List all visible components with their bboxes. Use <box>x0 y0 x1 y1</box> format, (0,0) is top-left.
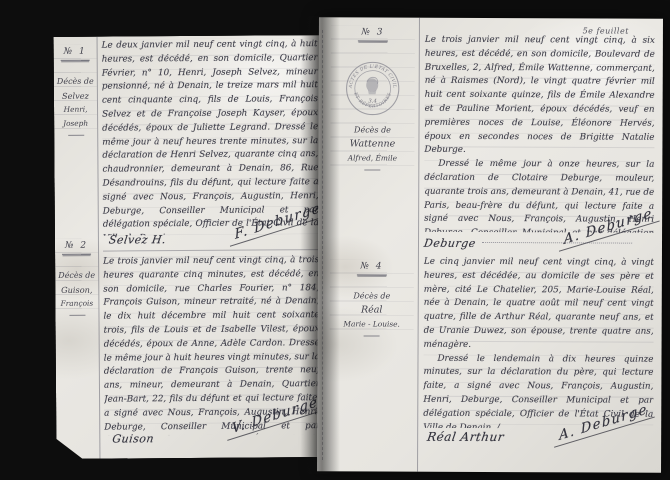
right-page: 5e feuillet № 3 ACTES DE L'ÉTAT CIVIL <box>317 17 663 472</box>
stamp-act-numbers: 3,4 <box>368 98 376 104</box>
act-1-name-sub: Henri, Joseph <box>54 103 97 131</box>
act-1-margin: № 1 Décès de Selvez Henri, Joseph <box>54 45 98 136</box>
act-divider-line <box>103 249 319 252</box>
margin-rule-line <box>417 18 420 472</box>
act-3-name-sub: Alfred, Émile <box>330 151 414 165</box>
act-2-name: Guison, <box>55 283 98 297</box>
act-2-name-sub: François <box>55 297 98 311</box>
revenue-stamp: ACTES DE L'ÉTAT CIVIL ET RÉPERTOIRES 3,4 <box>344 59 402 117</box>
underline-flourish <box>364 169 380 170</box>
underline-flourish <box>364 335 380 336</box>
act-3-paragraph: Le trois janvier mil neuf cent vingt cin… <box>424 34 655 159</box>
act-2-margin: № 2 Décès de Guison, François <box>55 239 99 316</box>
act-4-deces-label: Décès de <box>330 289 414 303</box>
act-3-name: Wattenne <box>330 137 414 151</box>
act-1-deces-label: Décès de <box>54 75 97 89</box>
act-4-body: Le cinq janvier mil neuf cent vingt cinq… <box>423 256 654 429</box>
register-scan: № 1 Décès de Selvez Henri, Joseph Le deu… <box>0 0 670 480</box>
act-1-name: Selvez <box>54 89 97 103</box>
act-3-deces-label: Décès de <box>330 123 414 137</box>
act-1-signature-declarant: Selvez H. <box>108 233 167 246</box>
act-4-number: № 4 <box>357 259 386 275</box>
act-1-number: № 1 <box>61 45 90 61</box>
etat-civil-stamp-icon: ACTES DE L'ÉTAT CIVIL ET RÉPERTOIRES 3,4 <box>344 59 402 117</box>
act-4-paragraph: Le cinq janvier mil neuf cent vingt cinq… <box>424 256 654 354</box>
act-4-signature-declarant: Réal Arthur <box>426 430 505 444</box>
act-1-body: Le deux janvier mil neuf cent vingt cinq… <box>102 38 319 236</box>
act-3-body: Le trois janvier mil neuf cent vingt cin… <box>424 34 655 233</box>
act-2-deces-label: Décès de <box>55 269 98 283</box>
act-4-name-sub: Marie - Louise. <box>330 317 414 331</box>
act-4-margin: № 4 Décès de Réal Marie - Louise. <box>330 259 414 336</box>
underline-flourish <box>68 135 84 136</box>
act-1-paragraph: Le deux janvier mil neuf cent vingt cinq… <box>102 38 319 236</box>
act-2-signature-declarant: Guison <box>111 432 154 445</box>
act-4-name: Réal <box>330 303 414 317</box>
act-3-number: № 3 <box>358 25 387 41</box>
act-3-signature-declarant: Deburge <box>423 237 633 251</box>
marianne-head-icon <box>366 77 378 94</box>
act-3-margin: № 3 ACTES DE L'ÉTAT CIVIL ET RÉPERTOIRES <box>330 25 415 170</box>
left-page: № 1 Décès de Selvez Henri, Joseph Le deu… <box>54 35 325 459</box>
act-2-number: № 2 <box>62 239 91 255</box>
underline-flourish <box>69 315 85 316</box>
